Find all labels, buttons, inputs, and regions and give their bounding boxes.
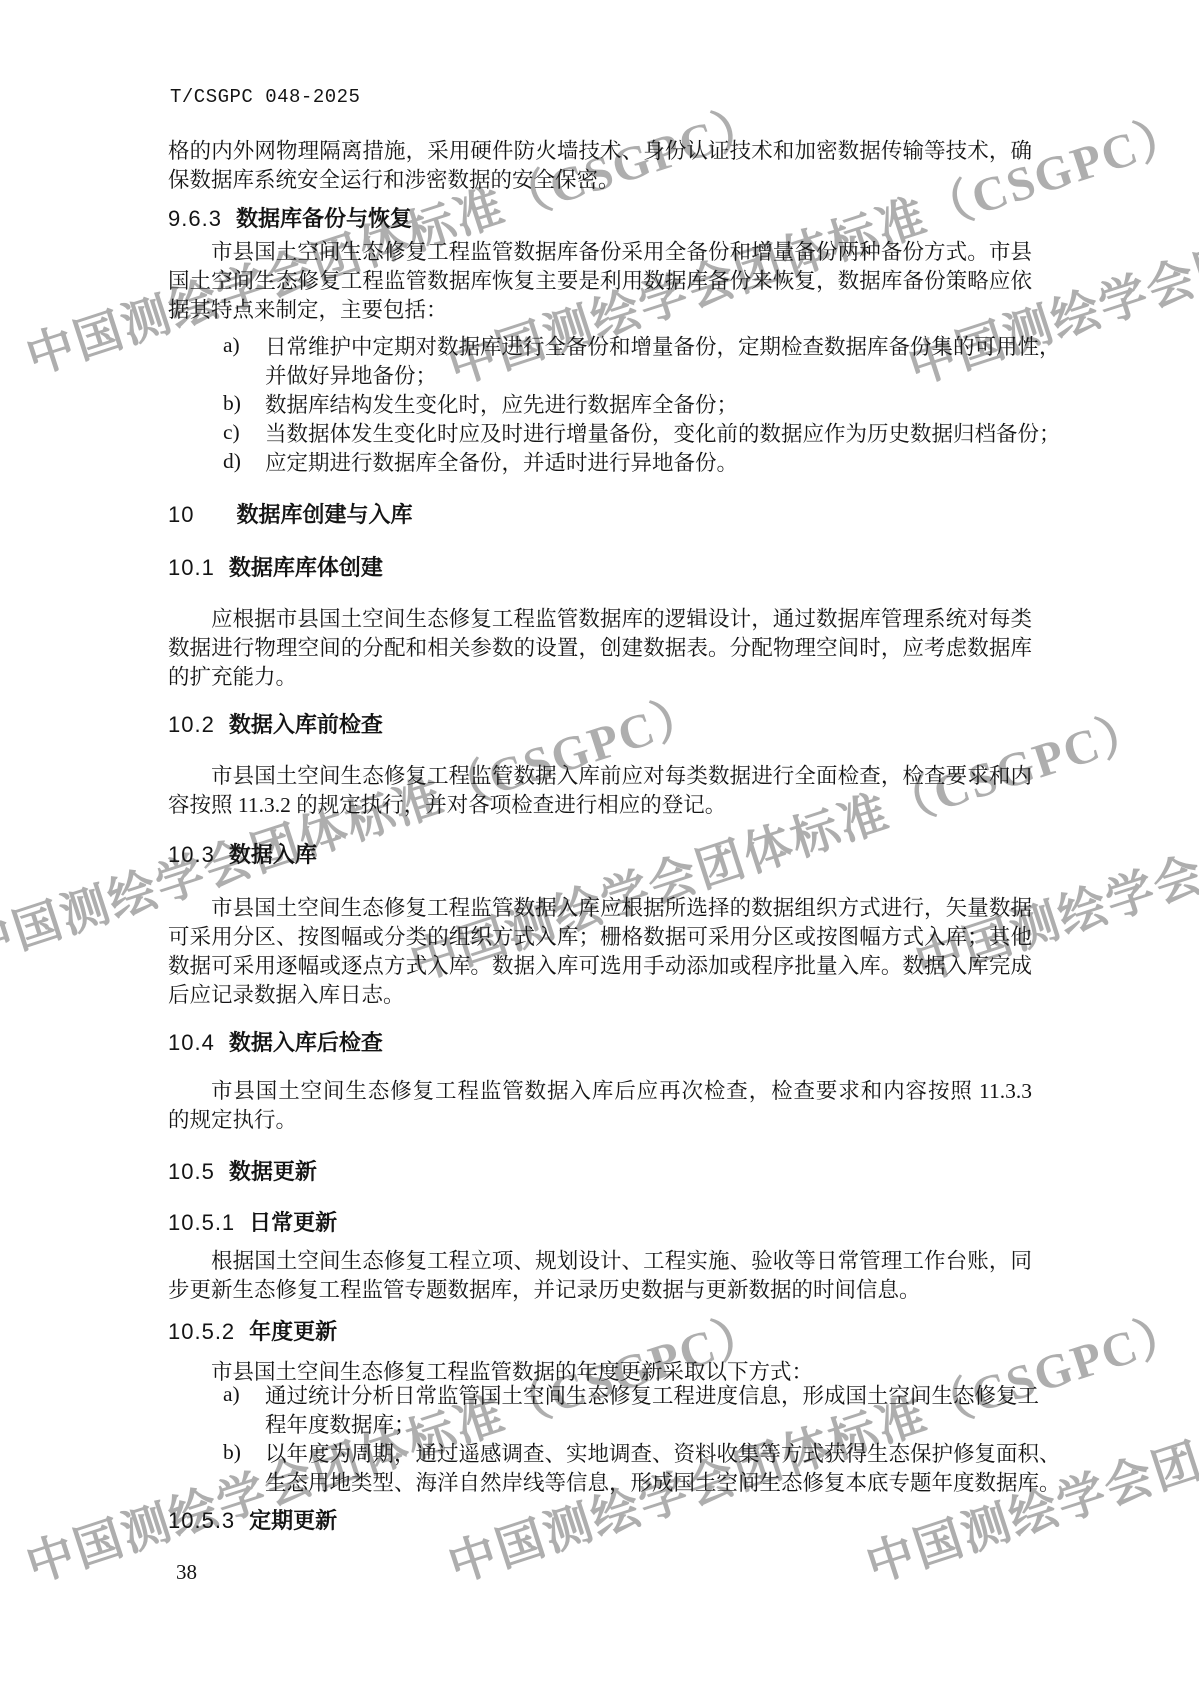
paragraph-line: 格的内外网物理隔离措施，采用硬件防火墙技术、身份认证技术和加密数据传输等技术，确 [168, 137, 1032, 166]
list-item-label: b) [223, 391, 265, 416]
heading-title: 数据库备份与恢复 [236, 206, 412, 231]
heading-number: 10.5.2 [168, 1319, 235, 1344]
list-item-label: a) [223, 333, 265, 358]
heading-number: 10 [168, 502, 194, 527]
paragraph: 市县国土空间生态修复工程监管数据库备份采用全备份和增量备份两种备份方式。市县 国… [168, 238, 1032, 325]
heading-number: 10.1 [168, 555, 215, 580]
page-number: 38 [176, 1560, 197, 1585]
section-heading: 10.4数据入库后检查 [168, 1028, 1032, 1057]
list-item-label: c) [223, 420, 265, 445]
heading-number: 10.5 [168, 1159, 215, 1184]
heading-number: 10.4 [168, 1030, 215, 1055]
paragraph-line: 的规定执行。 [168, 1106, 1032, 1135]
list-item-label: d) [223, 449, 265, 474]
list-item: c) 当数据体发生变化时应及时进行增量备份，变化前的数据应作为历史数据归档备份； [168, 420, 1032, 449]
paragraph-line: 据其特点来制定，主要包括： [168, 296, 1032, 325]
list-item-line: 生态用地类型、海洋自然岸线等信息，形成国土空间生态修复本底专题年度数据库。 [265, 1469, 1032, 1498]
paragraph-line: 可采用分区、按图幅或分类的组织方式入库；栅格数据可采用分区或按图幅方式入库；其他 [168, 923, 1032, 952]
heading-title: 数据库创建与入库 [236, 502, 412, 527]
paragraph: 市县国土空间生态修复工程监管数据入库应根据所选择的数据组织方式进行，矢量数据 可… [168, 894, 1032, 1010]
paragraph: 市县国土空间生态修复工程监管数据入库后应再次检查，检查要求和内容按照 11.3.… [168, 1077, 1032, 1135]
section-heading: 10.5数据更新 [168, 1157, 1032, 1186]
paragraph-line: 市县国土空间生态修复工程监管数据入库应根据所选择的数据组织方式进行，矢量数据 [168, 894, 1032, 923]
heading-title: 年度更新 [249, 1319, 337, 1344]
section-heading: 10.2数据入库前检查 [168, 710, 1032, 739]
paragraph-line: 根据国土空间生态修复工程立项、规划设计、工程实施、验收等日常管理工作台账，同 [168, 1247, 1032, 1276]
paragraph-line: 数据可采用逐幅或逐点方式入库。数据入库可选用手动添加或程序批量入库。数据入库完成 [168, 952, 1032, 981]
section-heading: 10数据库创建与入库 [168, 500, 1032, 529]
list-item-line: 日常维护中定期对数据库进行全备份和增量备份，定期检查数据库备份集的可用性， [265, 333, 1032, 362]
list-item-line: 程年度数据库； [265, 1411, 1032, 1440]
list-item-line: 并做好异地备份； [265, 362, 1032, 391]
list-item-label: b) [223, 1440, 265, 1465]
paragraph-line: 后应记录数据入库日志。 [168, 981, 1032, 1010]
heading-title: 数据入库后检查 [229, 1030, 383, 1055]
list-item-line: 当数据体发生变化时应及时进行增量备份，变化前的数据应作为历史数据归档备份； [265, 420, 1032, 449]
heading-number: 10.5.3 [168, 1508, 235, 1533]
section-heading: 10.1数据库库体创建 [168, 553, 1032, 582]
heading-title: 日常更新 [249, 1210, 337, 1235]
page-content: 格的内外网物理隔离措施，采用硬件防火墙技术、身份认证技术和加密数据传输等技术，确… [168, 0, 1032, 1535]
list-item: a) 日常维护中定期对数据库进行全备份和增量备份，定期检查数据库备份集的可用性，… [168, 333, 1032, 391]
list-item: b) 数据库结构发生变化时，应先进行数据库全备份； [168, 391, 1032, 420]
doc-code-header: T/CSGPC 048-2025 [170, 86, 360, 108]
paragraph: 市县国土空间生态修复工程监管数据入库前应对每类数据进行全面检查，检查要求和内 容… [168, 762, 1032, 820]
list-item: a) 通过统计分析日常监管国土空间生态修复工程进度信息，形成国土空间生态修复工 … [168, 1382, 1032, 1440]
heading-title: 数据入库前检查 [229, 712, 383, 737]
list-item-line: 应定期进行数据库全备份，并适时进行异地备份。 [265, 449, 1032, 478]
document-page: { "doc_code": "T/CSGPC 048-2025", "page_… [0, 0, 1199, 1696]
list-item-label: a) [223, 1382, 265, 1407]
heading-number: 9.6.3 [168, 206, 222, 231]
list-item-line: 以年度为周期，通过遥感调查、实地调查、资料收集等方式获得生态保护修复面积、 [265, 1440, 1032, 1469]
heading-title: 数据入库 [229, 842, 317, 867]
section-heading: 10.5.3定期更新 [168, 1506, 1032, 1535]
paragraph-line: 的扩充能力。 [168, 663, 1032, 692]
list-item: d) 应定期进行数据库全备份，并适时进行异地备份。 [168, 449, 1032, 478]
paragraph-line: 市县国土空间生态修复工程监管数据库备份采用全备份和增量备份两种备份方式。市县 [168, 238, 1032, 267]
ordered-list: a) 日常维护中定期对数据库进行全备份和增量备份，定期检查数据库备份集的可用性，… [168, 333, 1032, 478]
heading-title: 数据更新 [229, 1159, 317, 1184]
heading-number: 10.5.1 [168, 1210, 235, 1235]
section-heading: 10.5.2年度更新 [168, 1317, 1032, 1346]
paragraph: 根据国土空间生态修复工程立项、规划设计、工程实施、验收等日常管理工作台账，同 步… [168, 1247, 1032, 1305]
paragraph-line: 步更新生态修复工程监管专题数据库，并记录历史数据与更新数据的时间信息。 [168, 1276, 1032, 1305]
heading-title: 定期更新 [249, 1508, 337, 1533]
section-heading: 10.5.1日常更新 [168, 1208, 1032, 1237]
paragraph: 应根据市县国土空间生态修复工程监管数据库的逻辑设计，通过数据库管理系统对每类 数… [168, 605, 1032, 692]
paragraph-line: 容按照 11.3.2 的规定执行，并对各项检查进行相应的登记。 [168, 791, 1032, 820]
list-item-line: 通过统计分析日常监管国土空间生态修复工程进度信息，形成国土空间生态修复工 [265, 1382, 1032, 1411]
heading-title: 数据库库体创建 [229, 555, 383, 580]
heading-number: 10.3 [168, 842, 215, 867]
paragraph-line: 市县国土空间生态修复工程监管数据入库前应对每类数据进行全面检查，检查要求和内 [168, 762, 1032, 791]
heading-number: 10.2 [168, 712, 215, 737]
paragraph: 格的内外网物理隔离措施，采用硬件防火墙技术、身份认证技术和加密数据传输等技术，确… [168, 137, 1032, 195]
paragraph-line: 国土空间生态修复工程监管数据库恢复主要是利用数据库备份来恢复，数据库备份策略应依 [168, 267, 1032, 296]
paragraph-line: 保数据库系统安全运行和涉密数据的安全保密。 [168, 166, 1032, 195]
list-item-line: 数据库结构发生变化时，应先进行数据库全备份； [265, 391, 1032, 420]
ordered-list: a) 通过统计分析日常监管国土空间生态修复工程进度信息，形成国土空间生态修复工 … [168, 1382, 1032, 1498]
paragraph-line: 市县国土空间生态修复工程监管数据入库后应再次检查，检查要求和内容按照 11.3.… [168, 1077, 1032, 1106]
section-heading: 10.3数据入库 [168, 840, 1032, 869]
section-heading: 9.6.3数据库备份与恢复 [168, 204, 1032, 233]
paragraph-line: 应根据市县国土空间生态修复工程监管数据库的逻辑设计，通过数据库管理系统对每类 [168, 605, 1032, 634]
paragraph-line: 数据进行物理空间的分配和相关参数的设置，创建数据表。分配物理空间时，应考虑数据库 [168, 634, 1032, 663]
list-item: b) 以年度为周期，通过遥感调查、实地调查、资料收集等方式获得生态保护修复面积、… [168, 1440, 1032, 1498]
